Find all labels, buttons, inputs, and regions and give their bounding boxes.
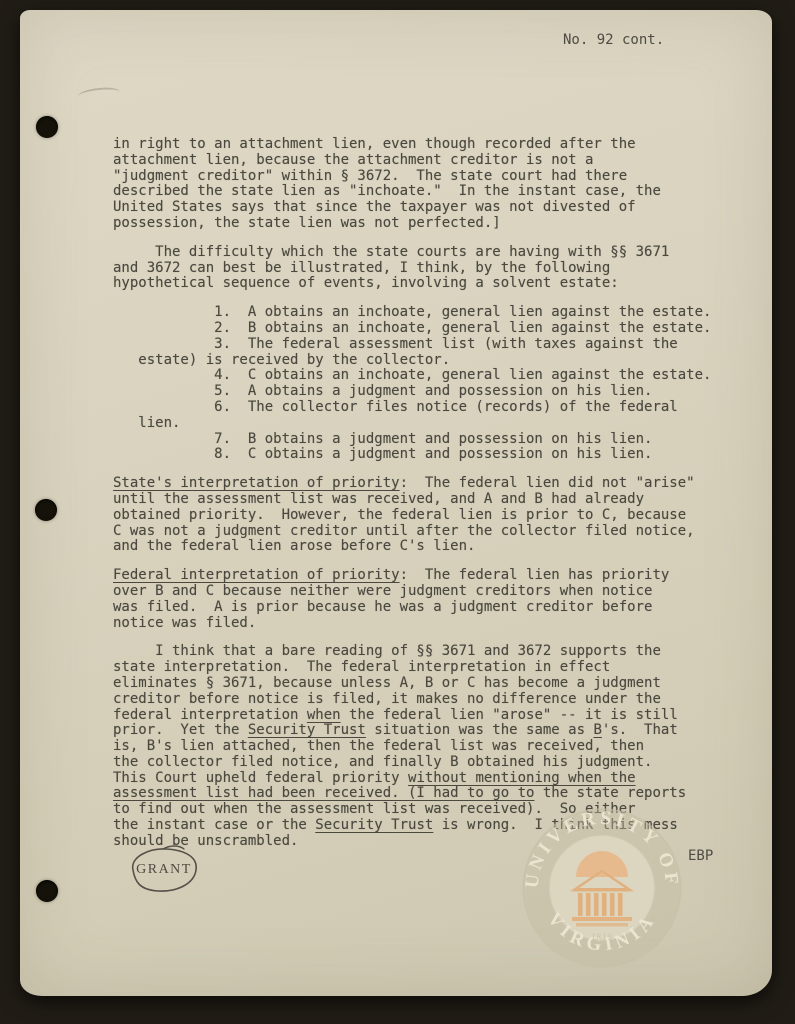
text-line: creditor before notice is filed, it make… [113,692,711,708]
grant-label: GRANT [123,862,205,878]
text-line: possession, the state lien was not perfe… [113,216,711,232]
text-line: was filed. A is prior because he was a j… [113,600,711,616]
text-line: This Court upheld federal priority witho… [113,771,711,787]
text-line: described the state lien as "inchoate." … [113,184,711,200]
text-line: lien. [113,416,711,432]
text-line: 1. A obtains an inchoate, general lien a… [113,305,711,321]
uva-seal-watermark: UNIVERSITY OF VIRGINIA 1819 [514,800,690,976]
text-line: until the assessment list was received, … [113,492,711,508]
text-line: and the federal lien arose before C's li… [113,539,711,555]
text-line: State's interpretation of priority: The … [113,476,711,492]
text-line: United States says that since the taxpay… [113,200,711,216]
text-line: Federal interpretation of priority: The … [113,568,711,584]
text-line: is, B's lien attached, then the federal … [113,739,711,755]
text-line: the collector filed notice, and finally … [113,755,711,771]
text-line: C was not a judgment creditor until afte… [113,524,711,540]
text-line: The difficulty which the state courts ar… [113,245,711,261]
text-line: eliminates § 3671, because unless A, B o… [113,676,711,692]
watermark-year: 1819 [591,932,613,942]
grant-stamp: GRANT [123,843,205,899]
text-line: "judgment creditor" within § 3672. The s… [113,169,711,185]
text-line: obtained priority. However, the federal … [113,508,711,524]
text-line: in right to an attachment lien, even tho… [113,137,711,153]
text-line: federal interpretation when the federal … [113,708,711,724]
hole-punch [36,880,58,902]
hole-punch [36,116,58,138]
text-line: I think that a bare reading of §§ 3671 a… [113,644,711,660]
text-line: state interpretation. The federal interp… [113,660,711,676]
text-line: 2. B obtains an inchoate, general lien a… [113,321,711,337]
page-number-label: No. 92 cont. [563,32,664,48]
document-text: in right to an attachment lien, even tho… [113,137,711,850]
typist-initials: EBP [688,848,713,864]
text-line: 4. C obtains an inchoate, general lien a… [113,368,711,384]
text-line: notice was filed. [113,616,711,632]
pencil-mark [77,86,120,102]
text-line: attachment lien, because the attachment … [113,153,711,169]
text-line: and 3672 can best be illustrated, I thin… [113,261,711,277]
text-line: prior. Yet the Security Trust situation … [113,723,711,739]
document-page: No. 92 cont. in right to an attachment l… [20,10,772,996]
hole-punch [35,499,57,521]
text-line: hypothetical sequence of events, involvi… [113,276,711,292]
text-line: 5. A obtains a judgment and possession o… [113,384,711,400]
text-line: over B and C because neither were judgme… [113,584,711,600]
text-line: 6. The collector files notice (records) … [113,400,711,416]
text-line: 7. B obtains a judgment and possession o… [113,432,711,448]
text-line: estate) is received by the collector. [113,353,711,369]
text-line: 8. C obtains a judgment and possession o… [113,447,711,463]
text-line: 3. The federal assessment list (with tax… [113,337,711,353]
